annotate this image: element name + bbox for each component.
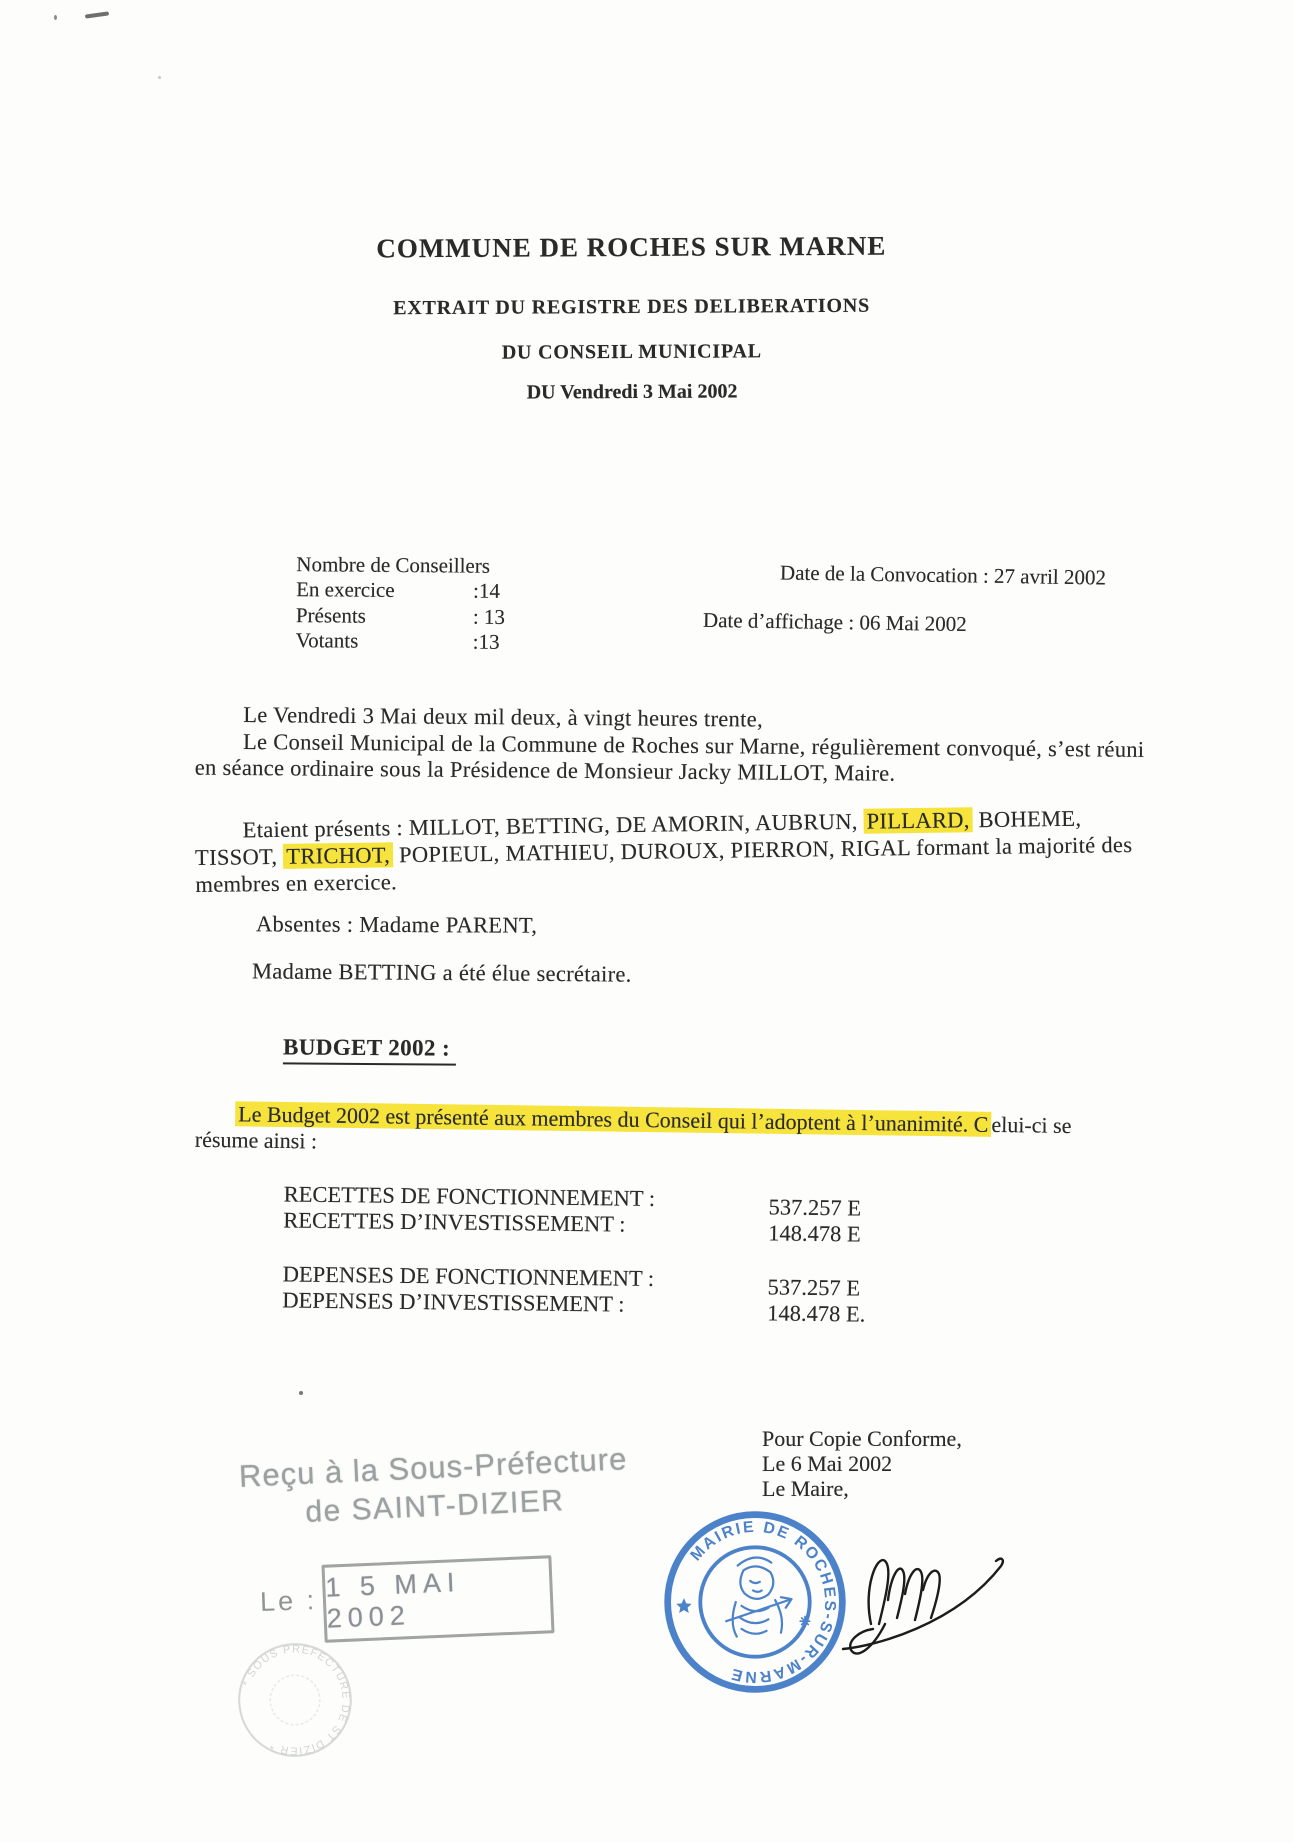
sous-prefecture-round-stamp: * SOUS PREFECTURE DE ST DIZIER * (220, 1625, 370, 1775)
prefecture-stamp: Reçu à la Sous-Préfecture de SAINT-DIZIE… (221, 1440, 648, 1533)
conseillers-row: Présents : 13 (296, 603, 505, 630)
highlight-trichot: TRICHOT, (283, 842, 393, 869)
conseillers-value: :14 (473, 579, 500, 605)
budget-table: RECETTES DE FONCTIONNEMENT : 537.257 E R… (282, 1181, 867, 1320)
date-stamp-box: 1 5 MAI 2002 (321, 1555, 554, 1643)
copie-conforme-block: Pour Copie Conforme, Le 6 Mai 2002 Le Ma… (762, 1426, 962, 1501)
budget-value: 148.478 E. (767, 1300, 865, 1327)
doc-subtitle-conseil: DU CONSEIL MUNICIPAL (2, 338, 1262, 368)
scan-artifact-dash (85, 11, 109, 18)
seance-paragraph: Le Vendredi 3 Mai deux mil deux, à vingt… (195, 702, 1206, 790)
conseillers-label: Votants (296, 628, 473, 655)
date-stamp-label: Le : (259, 1585, 317, 1618)
conseillers-label: Présents (296, 603, 473, 630)
date-stamp-value: 1 5 MAI 2002 (325, 1563, 551, 1634)
scan-artifact-dot (54, 15, 57, 20)
presents-text: BOHEME, (972, 806, 1081, 833)
budget-label: DEPENSES D’INVESTISSEMENT : (282, 1287, 767, 1319)
secretaire-line: Madame BETTING a été élue secrétaire. (252, 958, 632, 988)
highlight-pillard: PILLARD, (863, 807, 972, 834)
presents-text: TISSOT, (195, 844, 284, 870)
svg-text:* SOUS PREFECTURE DE ST DIZIER: * SOUS PREFECTURE DE ST DIZIER * (234, 1631, 364, 1766)
conseillers-row: Votants :13 (296, 628, 505, 655)
presents-text: membres en exercice. (195, 869, 397, 897)
conseillers-label: En exercice (296, 577, 473, 604)
copie-line: Le 6 Mai 2002 (762, 1451, 962, 1476)
copie-line: Le Maire, (762, 1476, 962, 1501)
scanned-document-page: COMMUNE DE ROCHES SUR MARNE EXTRAIT DU R… (0, 0, 1294, 1843)
budget-intro: Le Budget 2002 est présenté aux membres … (195, 1101, 1236, 1168)
star-icon (676, 1598, 691, 1613)
presents-paragraph: Etaient présents : MILLOT, BETTING, DE A… (194, 803, 1205, 898)
sous-prefecture-stamp-text: * SOUS PREFECTURE DE ST DIZIER * (234, 1631, 364, 1766)
date-convocation: Date de la Convocation : 27 avril 2002 (780, 560, 1106, 590)
copie-line: Pour Copie Conforme, (762, 1426, 962, 1451)
scan-artifact-dot (299, 1391, 303, 1395)
budget-value: 537.257 E (767, 1274, 860, 1301)
budget-heading: BUDGET 2002 : (283, 1034, 456, 1065)
budget-value: 148.478 E (768, 1220, 861, 1247)
absentes-line: Absentes : Madame PARENT, (256, 911, 537, 939)
date-affichage: Date d’affichage : 06 Mai 2002 (703, 608, 967, 637)
budget-intro-text: elui-ci se (991, 1112, 1071, 1138)
conseillers-block: Nombre de Conseillers En exercice :14 Pr… (296, 552, 506, 655)
conseillers-value: :13 (473, 630, 500, 656)
conseillers-heading: Nombre de Conseillers (296, 552, 505, 579)
conseillers-value: : 13 (473, 604, 505, 630)
mayor-signature (833, 1528, 1008, 1663)
doc-title: COMMUNE DE ROCHES SUR MARNE (1, 229, 1261, 267)
scan-artifact-dot (158, 76, 161, 79)
budget-value: 537.257 E (768, 1194, 861, 1221)
mairie-round-stamp: MAIRIE DE ROCHES-SUR-MARNE (659, 1506, 851, 1698)
document-header: COMMUNE DE ROCHES SUR MARNE EXTRAIT DU R… (0, 0, 1260, 3)
conseillers-row: En exercice :14 (296, 577, 505, 604)
doc-session-date: DU Vendredi 3 Mai 2002 (2, 378, 1262, 408)
doc-subtitle-registre: EXTRAIT DU REGISTRE DES DELIBERATIONS (2, 293, 1262, 323)
